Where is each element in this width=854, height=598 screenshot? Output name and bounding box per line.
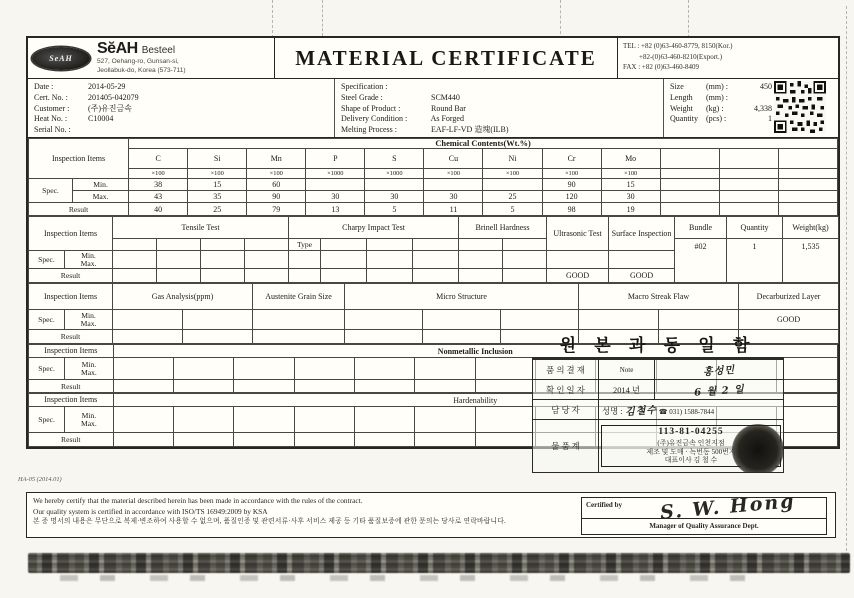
surface-result: GOOD [609,269,675,283]
scanned-material-certificate: Page (1/1) SeAH SĕAH Besteel 527, Oehang… [0,0,854,598]
chem-max-value: 25 [483,191,542,203]
chem-multiplier [778,169,837,179]
chem-max-value: 30 [365,191,424,203]
mech-inspection-items: Inspection Items [29,217,113,251]
chem-min-value [660,179,719,191]
chem-multiplier: ×100 [188,169,247,179]
chem-result-value: 5 [365,203,424,216]
info-row: Shape of Product Round Bar [341,104,663,115]
scan-crease [322,0,323,36]
chem-result-value: 79 [247,203,306,216]
stamp-row2-label: 확 인 일 자 [533,380,599,400]
company-address-line1: 527, Oehang-ro, Gunsan-si, [97,58,186,66]
chem-multiplier: ×100 [424,169,483,179]
chem-max-value: 30 [601,191,660,203]
chem-title: Chemical Contents(Wt.%) [129,139,838,149]
chem-inspection-items: Inspection Items [29,139,129,179]
stamp-row3-contact: 성명 : 김철수 ☎ 031) 1588-7844 [599,400,784,420]
chem-max-value: 30 [424,191,483,203]
brinell-header: Brinell Hardness [459,217,547,239]
round-seal-stamp [732,424,784,473]
stamp-row3-label: 담 당 자 [533,400,599,420]
cert-statement-en2: Our quality system is certified in accor… [33,507,593,518]
inclusion-inspection-items: Inspection Items [29,345,114,358]
quantity-header: Quantity [727,217,783,239]
chem-max-value [660,191,719,203]
chem-min-value [483,179,542,191]
micro-inspection-items: Inspection Items [29,284,113,310]
chem-element: Si [188,149,247,169]
stamp-row3-name-handwritten: 김철수 [624,401,657,418]
grain-size-header: Austenite Grain Size [253,284,345,310]
document-title: MATERIAL CERTIFICATE [295,46,597,71]
tensile-test-header: Tensile Test [113,217,289,239]
chem-max-value: 90 [247,191,306,203]
chem-result-value: 13 [306,203,365,216]
form-number: HA-05 (2014.01) [18,476,62,483]
document-title-block: MATERIAL CERTIFICATE [275,38,618,78]
chem-multiplier: ×100 [247,169,306,179]
tel-line2: +82-(0)63-460-8210(Export.) [623,52,833,63]
gas-analysis-header: Gas Analysis(ppm) [113,284,253,310]
mech-minmax-label: Min.Max. [65,251,113,269]
mechanical-test-table: Inspection Items Tensile Test Charpy Imp… [28,216,839,283]
chem-element [778,149,837,169]
chem-element: C [129,149,188,169]
weight-value: 1,535 [783,239,839,283]
chem-element [660,149,719,169]
company-name-suffix: Besteel [142,45,175,56]
bundle-value: #02 [675,239,727,283]
hard-inspection-items: Inspection Items [29,394,114,407]
chem-min-value [306,179,365,191]
chem-max-value: 120 [542,191,601,203]
info-row: Delivery Condition As Forged [341,114,663,125]
mech-subheader-row: Type #02 1 1,535 [29,239,839,251]
stamp-table: 품 의 결 재 Note 홍성민 확 인 일 자 2014 년 6 월 2 일 … [532,359,784,473]
chem-min-value [778,179,837,191]
info-row: Cert. No. 201405-042079 [34,93,334,104]
certificate-header: SeAH SĕAH Besteel 527, Oehang-ro, Gunsan… [28,38,838,79]
decarb-result: GOOD [739,310,839,330]
chem-min-value: 38 [129,179,188,191]
company-block: SeAH SĕAH Besteel 527, Oehang-ro, Gunsan… [28,38,275,78]
ultrasonic-header: Ultrasonic Test [547,217,609,251]
chem-result-value [660,203,719,216]
chem-result-value: 40 [129,203,188,216]
stamp-row2-year: 2014 년 [599,380,655,400]
chem-element: Cr [542,149,601,169]
stamp-row4-label: 물 품 계 [533,420,599,473]
chem-min-value [365,179,424,191]
seah-logo-icon: SeAH [32,47,90,70]
stamp-title: 원 본 과 동 일 함 [532,331,784,359]
chem-multiplier: ×100 [483,169,542,179]
chem-max-value [778,191,837,203]
info-row: Steel Grade SCM440 [341,93,663,104]
chem-max-value: 30 [306,191,365,203]
charpy-test-header: Charpy Impact Test [289,217,459,239]
scan-noise-strip-faint [60,575,760,581]
business-registration-box: 113-81-04255 (주)유진금속 인천지점 제조 및 도매 · 녹번동 … [601,425,781,467]
chem-max-value: 35 [188,191,247,203]
order-info-left: Date 2014-05-29 Cert. No. 201405-042079 … [28,79,335,137]
company-address-line2: Jeollabuk-do, Korea (573-711) [97,67,186,75]
chem-element: Ni [483,149,542,169]
chem-result-value: 25 [188,203,247,216]
chem-min-value [719,179,778,191]
chem-min-value [424,179,483,191]
macro-streak-header: Macro Streak Flaw [579,284,739,310]
tel-line1: TEL : +82 (0)63-460-8779, 8150(Kor.) [623,41,833,52]
surface-inspection-header: Surface Inspection [609,217,675,251]
chem-multiplier [719,169,778,179]
company-name: SĕAH [97,40,138,57]
stamp-row1-note: Note [599,360,655,380]
chem-result-value [778,203,837,216]
info-row: Date 2014-05-29 [34,82,334,93]
chem-element: S [365,149,424,169]
chem-max-value: 43 [129,191,188,203]
chem-result-label: Result [29,203,129,216]
micro-result-label: Result [29,330,113,344]
info-row: Melting Process EAF-LF-VD 造塊(ILB) [341,125,663,136]
info-row: Specification [341,82,663,93]
chem-multiplier: ×1000 [306,169,365,179]
chem-min-value: 60 [247,179,306,191]
scan-crease [272,0,273,38]
chem-element: Cu [424,149,483,169]
chem-result-value: 19 [601,203,660,216]
certification-footer: We hereby certify that the material desc… [26,492,836,538]
scan-noise-strip [28,553,850,573]
info-row: Serial No. [34,125,334,136]
chem-result-value: 98 [542,203,601,216]
info-row: Customer (주)유진금속 [34,104,334,115]
stamp-row2-date-handwritten: 6 월 2 일 [693,380,745,398]
stamp-row1-signature: 홍성민 [703,361,736,378]
micro-minmax-label: Min.Max. [65,310,113,330]
chem-multiplier: ×1000 [365,169,424,179]
weight-header: Weight(kg) [783,217,839,239]
bundle-header: Bundle [675,217,727,239]
micro-spec-row: Spec. Min.Max. GOOD [29,310,839,330]
mech-spec-label: Spec. [29,251,65,269]
chem-max-label: Max. [73,191,129,203]
chem-element: Mn [247,149,306,169]
received-stamp-overlay: 원 본 과 동 일 함 품 의 결 재 Note 홍성민 확 인 일 자 201… [532,331,784,473]
chem-multiplier: ×100 [542,169,601,179]
charpy-type-label: Type [289,239,321,251]
certified-by-box: Certified by S. W. Hong Manager of Quali… [581,497,827,535]
chem-multiplier [660,169,719,179]
micro-spec-label: Spec. [29,310,65,330]
chem-spec-label: Spec. [29,179,73,203]
chem-min-value: 15 [188,179,247,191]
chem-result-value [719,203,778,216]
order-info-mid: Specification Steel Grade SCM440 Shape o… [335,79,664,137]
chem-multiplier: ×100 [601,169,660,179]
chem-max-value [719,191,778,203]
chemical-table: Inspection Items Chemical Contents(Wt.%)… [28,138,838,216]
decarb-header: Decarburized Layer [739,284,839,310]
chem-min-value: 90 [542,179,601,191]
scan-crease [560,0,561,34]
chem-multiplier: ×100 [129,169,188,179]
order-info-band: Date 2014-05-29 Cert. No. 201405-042079 … [28,79,838,138]
qr-code [768,81,832,133]
stamp-row1-label: 품 의 결 재 [533,360,599,380]
ultrasonic-result: GOOD [547,269,609,283]
chem-element: Mo [601,149,660,169]
fax-line: FAX : +82 (0)63-460-8409 [623,62,833,73]
cert-statement-en1: We hereby certify that the material desc… [33,496,593,507]
chem-result-value: 11 [424,203,483,216]
chem-element: P [306,149,365,169]
scan-crease [846,6,847,566]
info-row: Heat No. C10004 [34,114,334,125]
chem-element [719,149,778,169]
order-info-right: Size(mm)450 Length(mm) Weight(kg)4,338 Q… [664,79,838,137]
micro-structure-header: Micro Structure [345,284,579,310]
quantity-value: 1 [727,239,783,283]
certified-by-label: Certified by [586,501,622,509]
chem-min-label: Min. [73,179,129,191]
chem-min-value: 15 [601,179,660,191]
contact-block: TEL : +82 (0)63-460-8779, 8150(Kor.) +82… [618,38,838,78]
mech-result-label: Result [29,269,113,283]
chem-result-value: 5 [483,203,542,216]
